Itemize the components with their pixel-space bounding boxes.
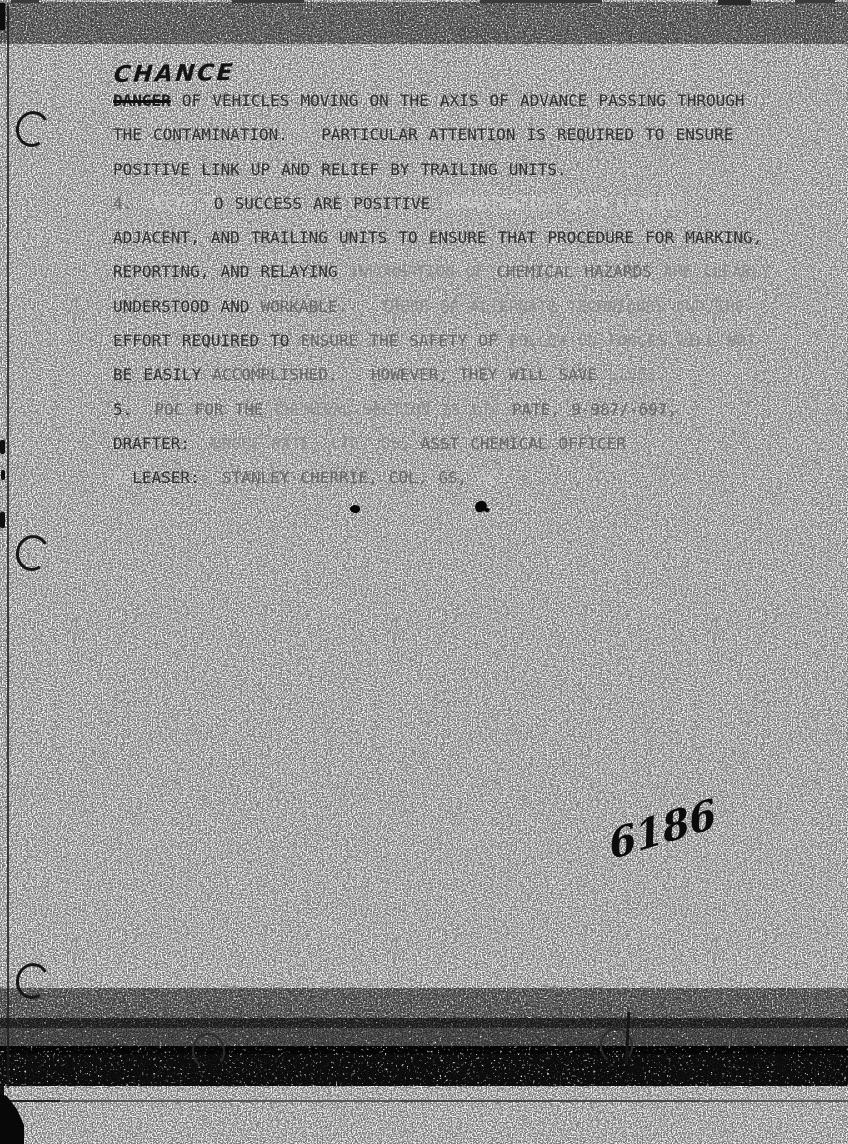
text-segment: ASST CHEMICAL OFFICER [421,434,626,453]
document-line: POSITIVE LINK UP AND RELIEF BY TRAILING … [113,153,770,187]
text-segment: COORDINATION WITH [441,194,617,213]
document-lines: DANGER OF VEHICLES MOVING ON THE AXIS OF… [113,84,770,496]
text-segment: AC [478,468,497,487]
document-line: DANGER OF VEHICLES MOVING ON THE AXIS OF… [113,84,770,118]
document-line: REPORTING, AND RELAYING INFORMATION OF C… [113,255,770,289]
scan-top-dash [232,0,304,3]
text-segment: RE [113,468,132,487]
text-segment: CHEMICAL SECTION IS LTC [275,400,512,419]
text-segment: BE EASILY [113,365,212,384]
text-segment: ADJACENT, AND TRAILING UNITS TO ENSURE T… [113,228,762,247]
hole-punch-bottom-left [190,1031,228,1071]
scan-left-edge-line [7,6,9,1088]
text-segment: 5. [113,400,155,419]
text-segment: REPORTING, AND RELAYING [113,262,349,281]
scan-top-dash [718,0,751,5]
text-segment: WORKABLE. [261,297,381,316]
text-segment: HOWEVER, THEY WILL SAVE [371,365,608,384]
hole-punch-left-top [12,108,53,151]
document-line: 5. POC FOR THE CHEMICAL SECTION IS LTC P… [113,393,770,427]
scanned-document-page: CHANCE 6186 DANGER OF VEHICLES MOVING ON… [0,0,848,1144]
document-line: DRAFTER: BRUCE PATE, LTC, GS, ASST CHEMI… [113,427,770,461]
scan-top-dash [480,0,602,3]
handwritten-margin-number: 6186 [606,790,720,869]
hole-punch-left-middle [12,532,53,575]
text-segment: LIVES. [608,365,666,384]
text-segment: THESE OR ALTERNATE TECHNIQUES AND THE [381,297,745,316]
text-segment: OF VEHICLES MOVING ON THE AXIS OF ADVANC… [171,91,745,110]
scan-edge-blotch [0,440,5,454]
ink-blot [474,500,488,513]
handwritten-correction-word: CHANCE [113,60,236,88]
scan-top-dash [795,0,835,3]
ink-blot [349,504,361,515]
document-line: ADJACENT, AND TRAILING UNITS TO ENSURE T… [113,221,770,255]
document-line: BE EASILY ACCOMPLISHED. HOWEVER, THEY WI… [113,358,770,392]
text-segment: DANGER [113,91,171,110]
text-segment: 4. [113,194,155,213]
text-segment: EFFORT REQUIRED TO [113,331,301,350]
text-segment: CHEMICAL HAZARDS [496,262,663,281]
document-line: UNDERSTOOD AND WORKABLE. THESE OR ALTERN… [113,290,770,324]
text-segment: LEADING, [618,194,695,213]
text-segment: STANLEY CHERRIE, COL, GS, [222,468,478,487]
text-segment: O SUCCESS ARE POSITIVE [214,194,442,213]
scan-edge-blotch [1,470,5,480]
text-segment: KEYS T [155,194,214,213]
scan-bottom-rule [0,1100,848,1102]
document-line: THE CONTAMINATION. PARTICULAR ATTENTION … [113,118,770,152]
text-segment: POC FOR THE [155,400,275,419]
text-segment: ARE CLEARLY [663,262,770,281]
scan-corner-mark [0,3,5,30]
text-segment: THE CONTAMINATION. PARTICULAR ATTENTION … [113,125,733,144]
document-line: EFFORT REQUIRED TO ENSURE THE SAFETY OF … [113,324,770,358]
text-segment: PATE, 9-987/-697, [512,400,677,419]
text-segment: LEASER: [132,468,222,487]
text-segment: BRUCE PATE, LTC, GS, [212,434,420,453]
scan-top-dash [11,0,39,3]
document-line: 4. KEYS TO SUCCESS ARE POSITIVE COORDINA… [113,187,770,221]
text-segment: INFORMATION OF [349,262,497,281]
hole-punch-left-bottom [12,960,53,1003]
scan-edge-blotch [0,512,5,528]
text-segment: FOLLOW ON FORCES WILL NOT [509,331,756,350]
hole-punch-bottom-right [598,1026,636,1066]
text-segment: ACCOMPLISHED. [212,365,371,384]
document-line: RELEASER: STANLEY CHERRIE, COL, GS, AC [113,461,770,495]
text-segment: DRAFTER: [113,434,212,453]
text-segment: UNDERSTOOD AND [113,297,261,316]
text-segment: POSITIVE LINK UP AND RELIEF BY TRAILING … [113,160,567,179]
text-segment: ENSURE THE SAFETY OF [301,331,509,350]
